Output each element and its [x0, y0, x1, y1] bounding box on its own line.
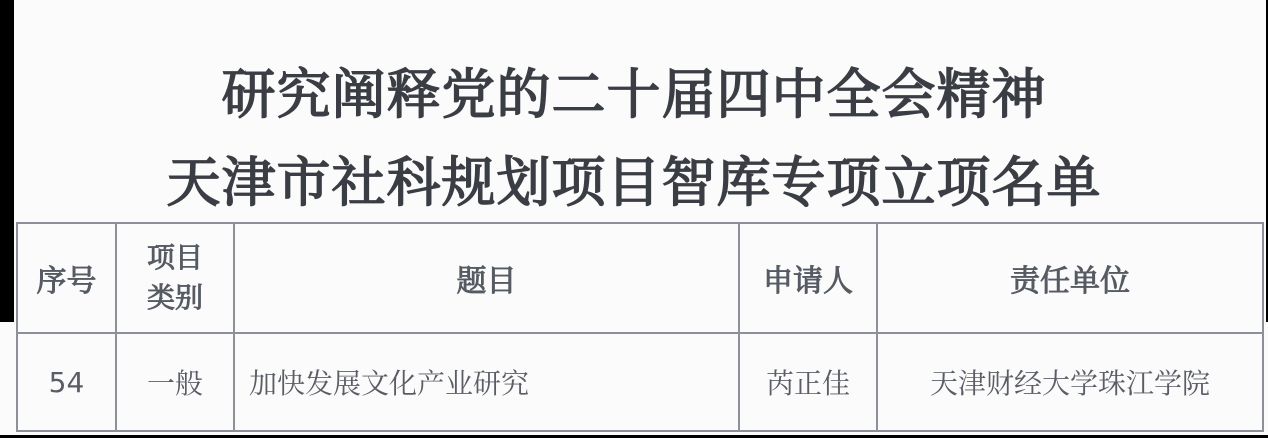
table-header-row: 序号 项目 类别 题目 申请人 责任单位	[17, 223, 1263, 333]
header-index: 序号	[17, 223, 116, 333]
header-category: 项目 类别	[116, 223, 234, 333]
document-title-line2: 天津市社科规划项目智库专项立项名单	[0, 140, 1268, 217]
header-category-line1: 项目	[117, 238, 233, 278]
header-category-line2: 类别	[117, 278, 233, 318]
cell-category: 一般	[116, 333, 234, 431]
cell-index: 54	[17, 333, 116, 431]
header-unit: 责任单位	[877, 223, 1263, 333]
cell-topic: 加快发展文化产业研究	[234, 333, 739, 431]
cell-unit: 天津财经大学珠江学院	[877, 333, 1263, 431]
table-row: 54 一般 加快发展文化产业研究 芮正佳 天津财经大学珠江学院	[17, 333, 1263, 431]
header-topic: 题目	[234, 223, 739, 333]
cell-applicant: 芮正佳	[739, 333, 877, 431]
project-list-table: 序号 项目 类别 题目 申请人 责任单位 54 一般 加快发展文化产业研究 芮正…	[16, 222, 1264, 432]
document-title-line1: 研究阐释党的二十届四中全会精神	[0, 52, 1268, 129]
header-applicant: 申请人	[739, 223, 877, 333]
